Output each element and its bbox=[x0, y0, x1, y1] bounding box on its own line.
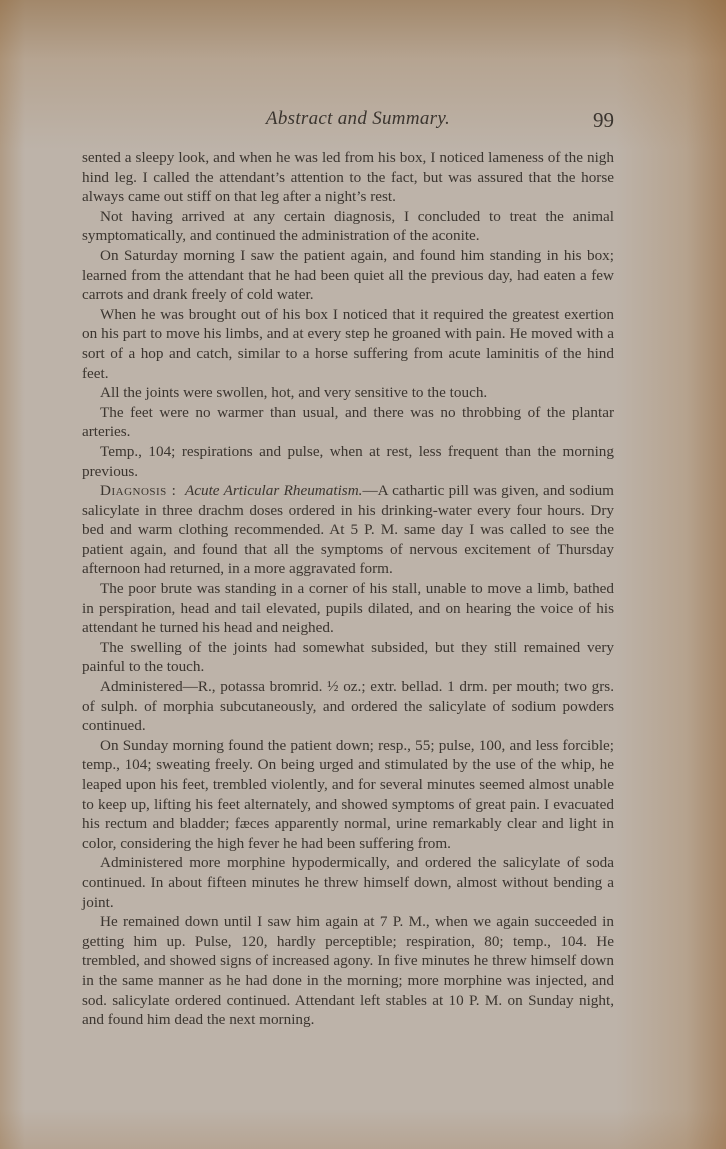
diagnosis-paragraph: Diagnosis : Acute Articular Rheumatism.—… bbox=[82, 481, 614, 579]
paragraph: He remained down until I saw him again a… bbox=[82, 912, 614, 1030]
paragraph: All the joints were swollen, hot, and ve… bbox=[82, 383, 614, 403]
page-number: 99 bbox=[593, 108, 614, 133]
body-text: sented a sleepy look, and when he was le… bbox=[82, 148, 614, 1030]
diagnosis-name: Acute Articular Rheumatism. bbox=[185, 482, 363, 499]
paragraph: Not having arrived at any certain diagno… bbox=[82, 207, 614, 246]
paragraph: Temp., 104; respirations and pulse, when… bbox=[82, 442, 614, 481]
paragraph: The feet were no warmer than usual, and … bbox=[82, 403, 614, 442]
paragraph: On Sunday morning found the patient down… bbox=[82, 736, 614, 854]
diagnosis-label: Diagnosis : bbox=[100, 482, 176, 499]
paragraph: When he was brought out of his box I not… bbox=[82, 305, 614, 383]
paragraph: Administered more morphine hypodermicall… bbox=[82, 853, 614, 912]
running-head: Abstract and Summary. 99 bbox=[82, 108, 614, 134]
paragraph: The poor brute was standing in a corner … bbox=[82, 579, 614, 638]
paragraph: On Saturday morning I saw the patient ag… bbox=[82, 246, 614, 305]
paragraph: Administered—R., potassa bromrid. ½ oz.;… bbox=[82, 677, 614, 736]
running-title: Abstract and Summary. bbox=[82, 108, 614, 130]
paragraph: sented a sleepy look, and when he was le… bbox=[82, 148, 614, 207]
book-page: Abstract and Summary. 99 sented a sleepy… bbox=[0, 0, 726, 1149]
paragraph: The swelling of the joints had somewhat … bbox=[82, 638, 614, 677]
